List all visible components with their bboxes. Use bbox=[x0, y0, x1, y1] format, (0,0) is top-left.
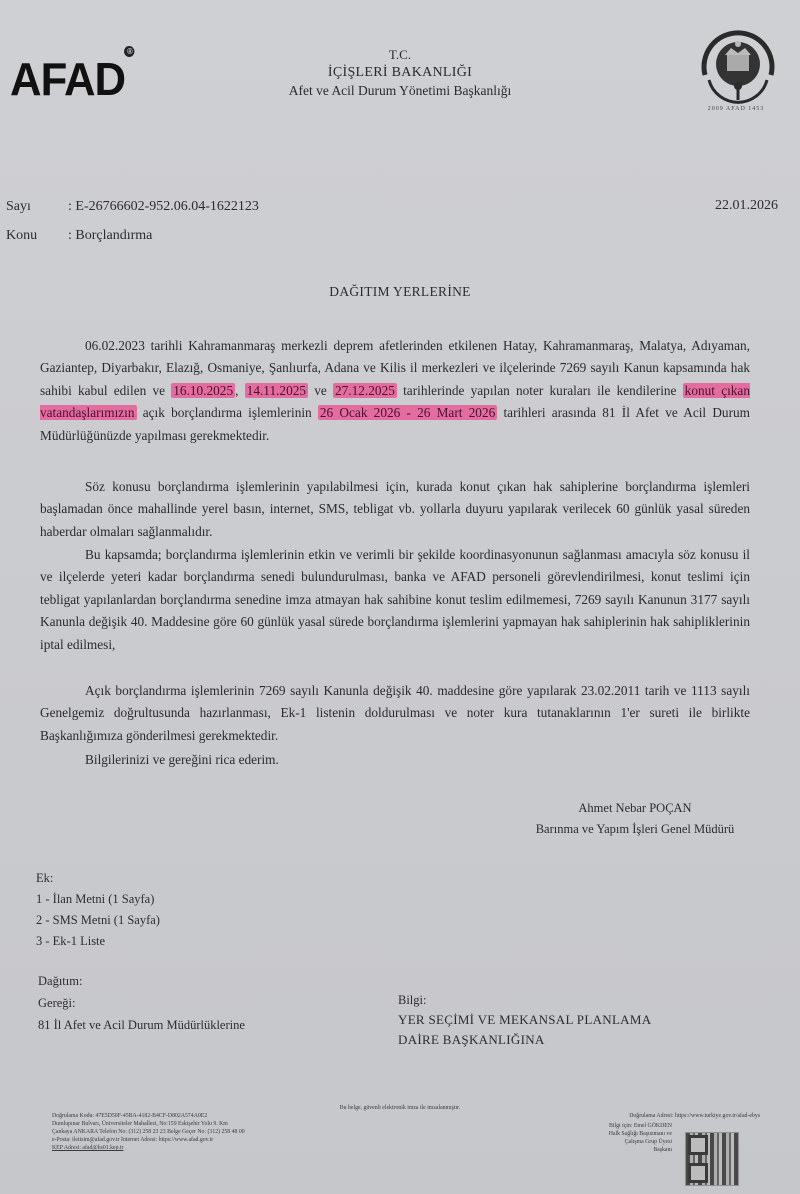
address-line: Dumlupınar Bulvarı, Üniversiteler Mahall… bbox=[52, 1120, 452, 1128]
address-line[interactable]: e-Posta: iletisim@afad.gov.tr İnternet A… bbox=[52, 1136, 452, 1144]
info-line-2: DAİRE BAŞKANLIĞINA bbox=[398, 1030, 651, 1050]
distribution-label: Dağıtım: bbox=[38, 970, 245, 992]
paragraph-4: Açık borçlandırma işlemlerinin 7269 sayı… bbox=[40, 680, 750, 747]
contact-line: Çalışma Grup Üyesi bbox=[500, 1138, 672, 1146]
agency-name: Afet ve Acil Durum Yönetimi Başkanlığı bbox=[0, 82, 800, 100]
ministry-name: İÇİŞLERİ BAKANLIĞI bbox=[0, 64, 800, 82]
paragraph-2: Söz konusu borçlandırma işlemlerinin yap… bbox=[40, 476, 750, 543]
annex-item: 3 - Ek-1 Liste bbox=[36, 931, 160, 952]
footer-address: Doğrulama Kodu: 47E5D50F-45BA-4182-B4CF-… bbox=[52, 1112, 452, 1152]
paragraph-3: Bu kapsamda; borçlandırma işlemlerinin e… bbox=[40, 544, 750, 656]
footer-contact: Bilgi için: Emel GÖKDEN Halk Sağlığı Baş… bbox=[500, 1122, 672, 1154]
country-label: T.C. bbox=[0, 46, 800, 64]
contact-line: Başkanı bbox=[500, 1146, 672, 1154]
p1-text-c: tarihlerinde yapılan noter kuraları ile … bbox=[397, 383, 683, 398]
info-label: Bilgi: bbox=[398, 990, 651, 1010]
highlight-date-range: 26 Ocak 2026 - 26 Mart 2026 bbox=[318, 405, 497, 420]
signatory-title: Barınma ve Yapım İşleri Genel Müdürü bbox=[470, 819, 800, 840]
highlight-date-1: 16.10.2025 bbox=[171, 383, 235, 398]
annex-list: Ek: 1 - İlan Metni (1 Sayfa) 2 - SMS Met… bbox=[36, 868, 160, 952]
action-label: Gereği: bbox=[38, 992, 245, 1014]
ministry-emblem-icon bbox=[695, 20, 781, 115]
number-label: Sayı bbox=[6, 199, 31, 215]
verify-address-link[interactable]: Doğrulama Adresi: https://www.turkiye.go… bbox=[460, 1112, 760, 1120]
annex-item: 2 - SMS Metni (1 Sayfa) bbox=[36, 910, 160, 931]
signatory-name: Ahmet Nebar POÇAN bbox=[470, 798, 800, 819]
letterhead: T.C. İÇİŞLERİ BAKANLIĞI Afet ve Acil Dur… bbox=[0, 46, 800, 100]
p1-sep: , bbox=[235, 383, 245, 398]
distribution-block: Dağıtım: Gereği: 81 İl Afet ve Acil Duru… bbox=[38, 970, 245, 1036]
contact-line: Halk Sağlığı Başuzmanı ve bbox=[500, 1130, 672, 1138]
highlight-date-2: 14.11.2025 bbox=[245, 383, 308, 398]
closing-line: Bilgilerinizi ve gereğini rica ederim. bbox=[40, 749, 750, 771]
paragraph-1: 06.02.2023 tarihli Kahramanmaraş merkezl… bbox=[40, 335, 750, 447]
number-value: : E-26766602-952.06.04-1622123 bbox=[68, 199, 259, 215]
verify-code: Doğrulama Kodu: 47E5D50F-45BA-4182-B4CF-… bbox=[52, 1112, 452, 1120]
qr-code-icon bbox=[686, 1133, 738, 1185]
subject-label: Konu bbox=[6, 228, 37, 244]
address-line: Çankaya ANKARA Telefon No: (312) 258 23 … bbox=[52, 1128, 452, 1136]
document-page: AFAD ® T.C. İÇİŞLERİ BAKANLIĞI Afet ve A… bbox=[0, 0, 800, 1194]
addressee-heading: DAĞITIM YERLERİNE bbox=[0, 284, 800, 300]
highlight-date-3: 27.12.2025 bbox=[333, 383, 397, 398]
action-recipients: 81 İl Afet ve Acil Durum Müdürlüklerine bbox=[38, 1014, 245, 1036]
signature-block: Ahmet Nebar POÇAN Barınma ve Yapım İşler… bbox=[470, 798, 800, 840]
annex-item: 1 - İlan Metni (1 Sayfa) bbox=[36, 889, 160, 910]
emblem-caption: 2009 AFAD 1453 bbox=[680, 106, 792, 112]
document-date: 22.01.2026 bbox=[715, 198, 778, 214]
e-signature-notice: Bu belge, güvenli elektronik imza ile im… bbox=[270, 1104, 530, 1112]
p1-text-b: ve bbox=[308, 383, 333, 398]
subject-value: : Borçlandırma bbox=[68, 228, 152, 244]
info-recipients: Bilgi: YER SEÇİMİ VE MEKANSAL PLANLAMA D… bbox=[398, 990, 651, 1050]
info-line-1: YER SEÇİMİ VE MEKANSAL PLANLAMA bbox=[398, 1010, 651, 1030]
annex-label: Ek: bbox=[36, 868, 160, 889]
p1-text-d: açık borçlandırma işlemlerinin bbox=[137, 405, 318, 420]
kep-address-link[interactable]: KEP Adresi: afad@hs01.kep.tr bbox=[52, 1144, 452, 1152]
contact-line: Bilgi için: Emel GÖKDEN bbox=[500, 1122, 672, 1130]
